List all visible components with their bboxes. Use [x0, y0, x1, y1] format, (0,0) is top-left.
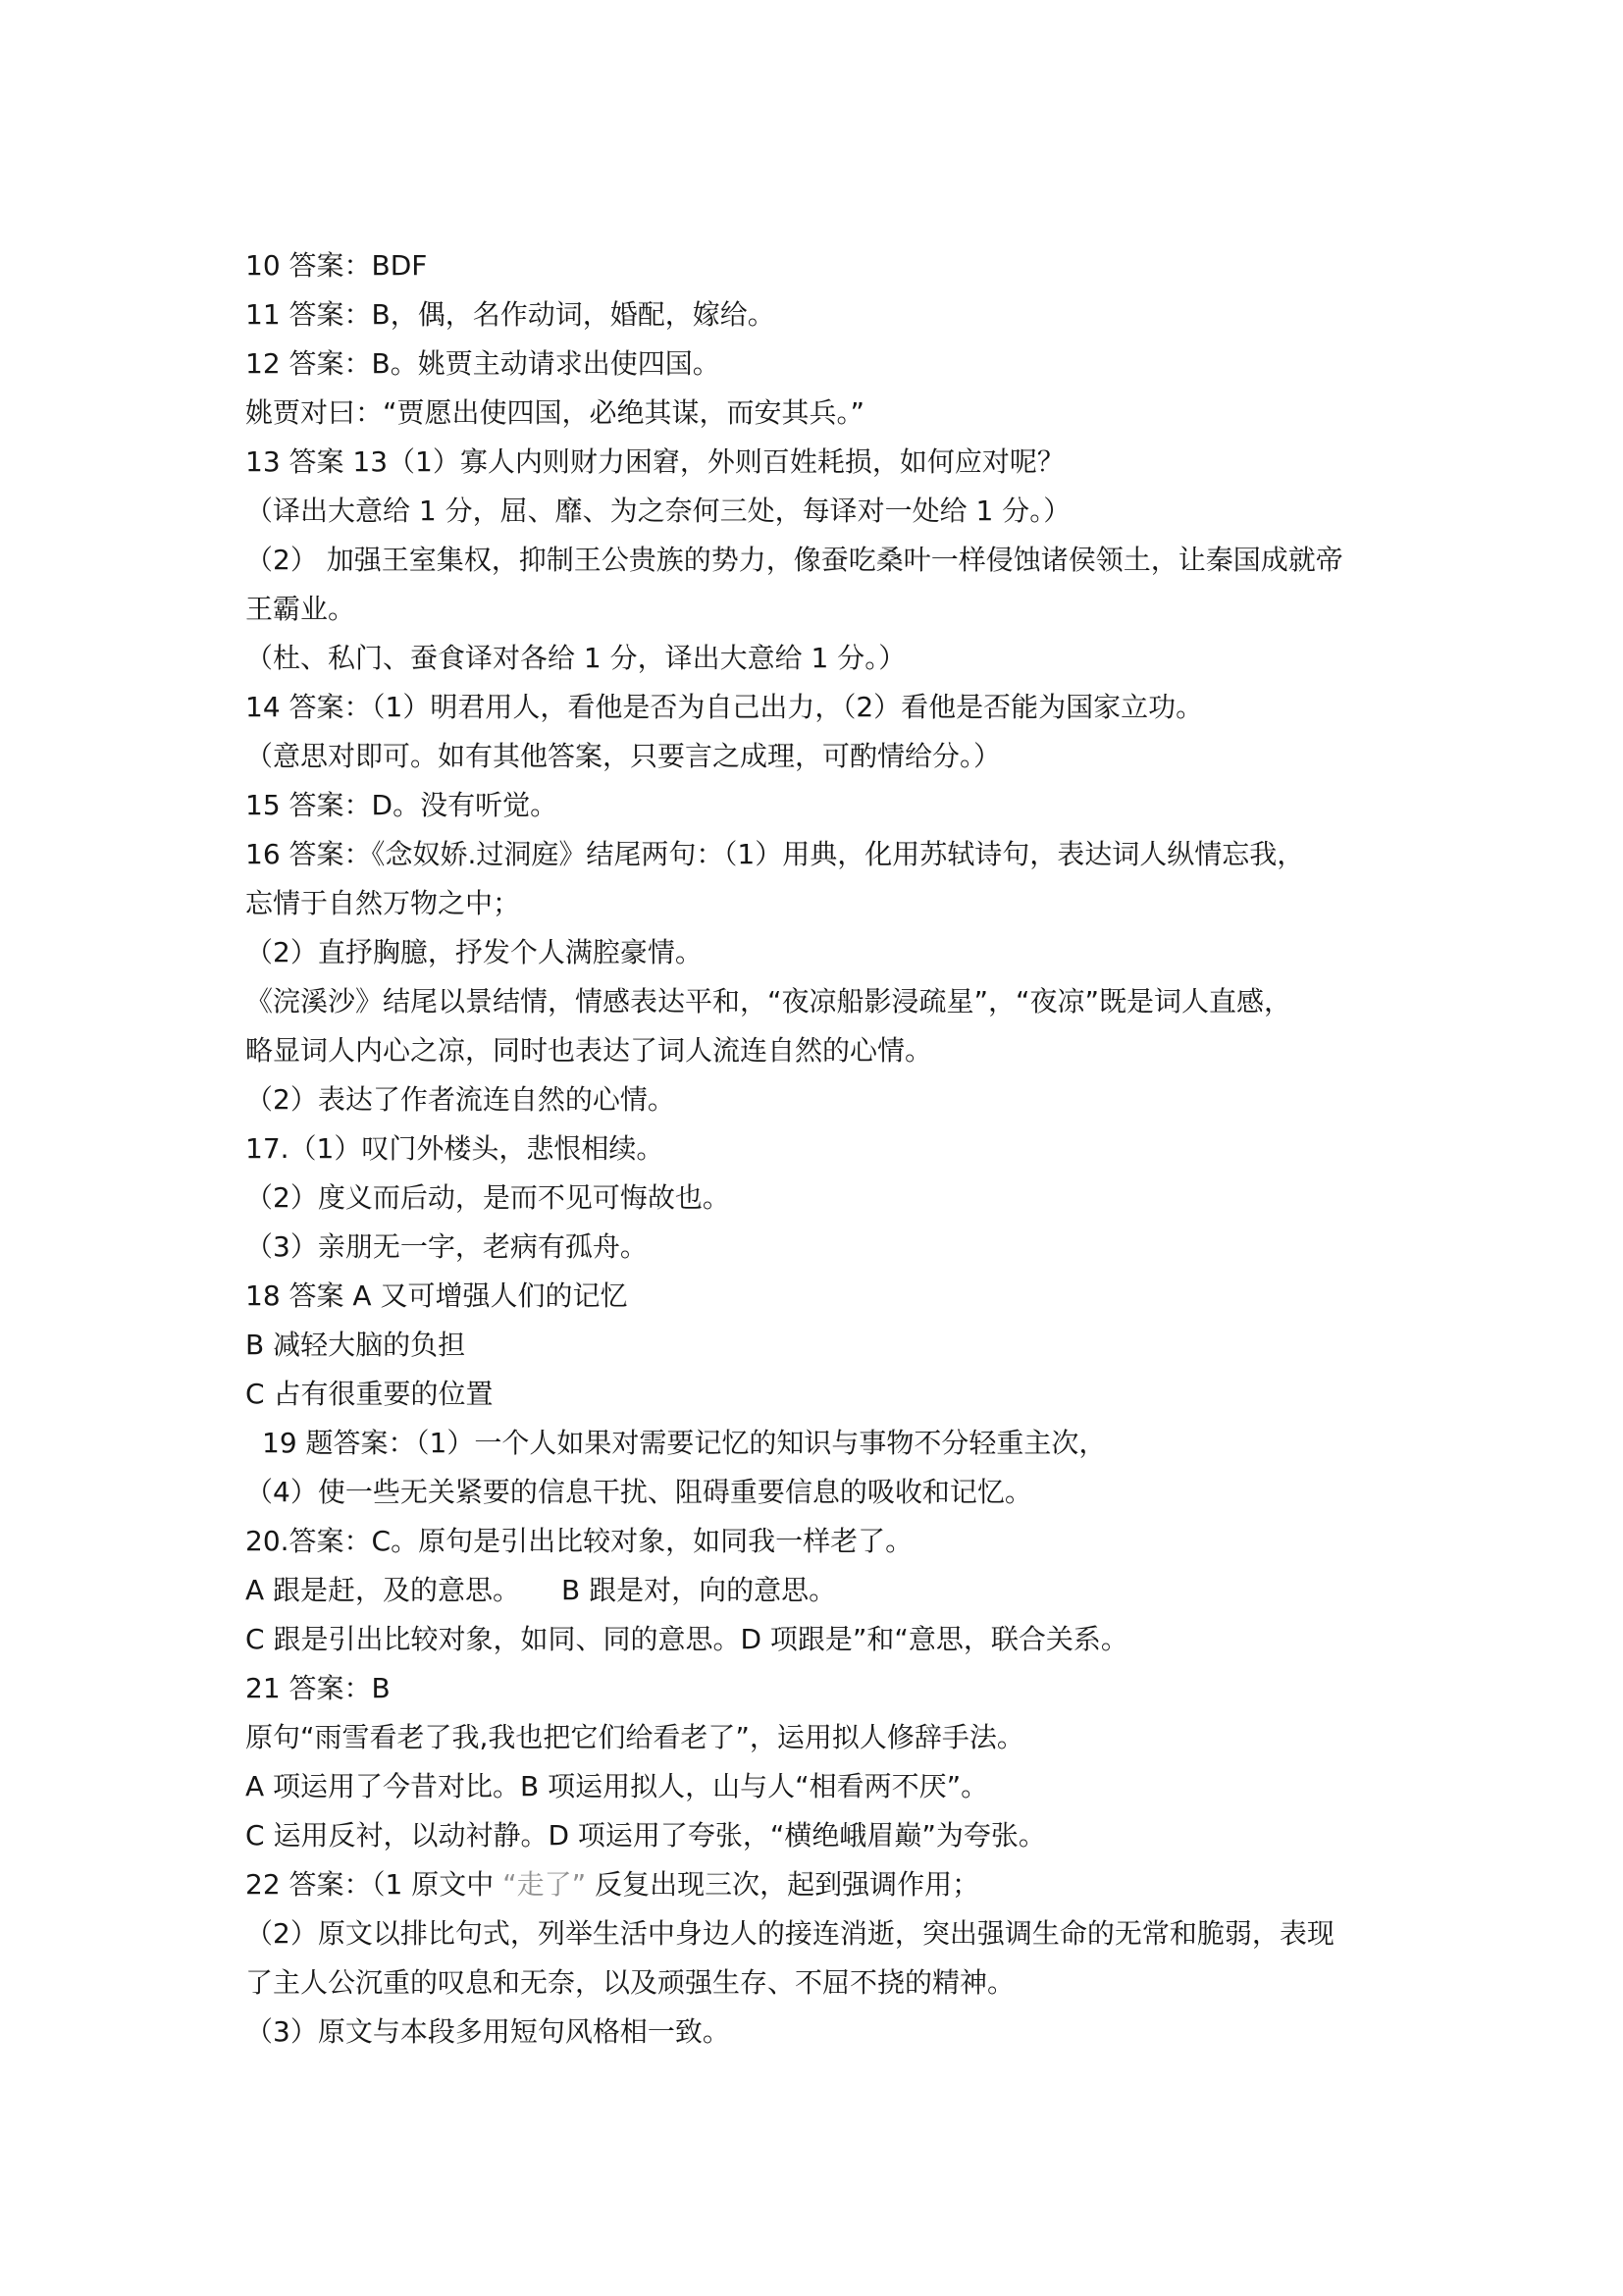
document-page: 10 答案：BDF11 答案：B，偶，名作动词，婚配，嫁给。12 答案：B。姚贾… [0, 0, 1623, 2296]
document-line: B 减轻大脑的负担 [245, 1321, 1521, 1370]
document-line: 12 答案：B。姚贾主动请求出使四国。 [245, 339, 1521, 389]
document-line: 16 答案：《念奴娇.过洞庭》结尾两句：（1）用典，化用苏轼诗句，表达词人纵情忘… [245, 830, 1521, 879]
document-line: C 占有很重要的位置 [245, 1370, 1521, 1419]
document-line: 18 答案 A 又可增强人们的记忆 [245, 1272, 1521, 1321]
document-body: 10 答案：BDF11 答案：B，偶，名作动词，婚配，嫁给。12 答案：B。姚贾… [245, 241, 1521, 2057]
document-line: 忘情于自然万物之中； [245, 879, 1521, 928]
document-line: 21 答案：B [245, 1664, 1521, 1713]
document-line: 15 答案：D。没有听觉。 [245, 781, 1521, 830]
document-line: 14 答案：（1）明君用人，看他是否为自己出力，（2）看他是否能为国家立功。 [245, 683, 1521, 732]
document-line: （2）直抒胸臆，抒发个人满腔豪情。 [245, 928, 1521, 977]
document-line: 姚贾对曰：“贾愿出使四国，必绝其谋，而安其兵。” [245, 389, 1521, 438]
document-line: 了主人公沉重的叹息和无奈，以及顽强生存、不屈不挠的精神。 [245, 1958, 1521, 2008]
muted-quoted-term: “走了” [502, 1868, 586, 1901]
document-line: （2） 加强王室集权，抑制王公贵族的势力，像蚕吃桑叶一样侵蚀诸侯领土，让秦国成就… [245, 536, 1521, 585]
document-line: （2）度义而后动，是而不见可悔故也。 [245, 1174, 1521, 1223]
document-line: 11 答案：B，偶，名作动词，婚配，嫁给。 [245, 290, 1521, 339]
document-line: C 运用反衬，以动衬静。D 项运用了夸张，“横绝峨眉巅”为夸张。 [245, 1811, 1521, 1860]
document-line: 20.答案：C。原句是引出比较对象，如同我一样老了。 [245, 1517, 1521, 1566]
document-line: A 项运用了今昔对比。B 项运用拟人，山与人“相看两不厌”。 [245, 1762, 1521, 1811]
document-line: 13 答案 13（1）寡人内则财力困窘，外则百姓耗损，如何应对呢？ [245, 438, 1521, 487]
document-line: （3）原文与本段多用短句风格相一致。 [245, 2008, 1521, 2057]
document-line: 《浣溪沙》结尾以景结情，情感表达平和，“夜凉船影浸疏星”，“夜凉”既是词人直感， [245, 977, 1521, 1026]
document-line: C 跟是引出比较对象，如同、同的意思。D 项跟是”和“意思，联合关系。 [245, 1615, 1521, 1664]
document-line: （2）原文以排比句式，列举生活中身边人的接连消逝，突出强调生命的无常和脆弱，表现 [245, 1909, 1521, 1958]
document-line: （4）使一些无关紧要的信息干扰、阻碍重要信息的吸收和记忆。 [245, 1468, 1521, 1517]
document-line: 19 题答案：（1）一个人如果对需要记忆的知识与事物不分轻重主次， [245, 1419, 1521, 1468]
document-line: A 跟是赶，及的意思。 B 跟是对，向的意思。 [245, 1566, 1521, 1615]
document-line: 22 答案：（1 原文中 “走了” 反复出现三次，起到强调作用； [245, 1860, 1521, 1909]
document-line: 王霸业。 [245, 585, 1521, 634]
document-line: （译出大意给 1 分，屈、靡、为之奈何三处，每译对一处给 1 分。） [245, 487, 1521, 536]
document-line: 略显词人内心之凉，同时也表达了词人流连自然的心情。 [245, 1026, 1521, 1075]
document-line: 17.（1）叹门外楼头，悲恨相续。 [245, 1124, 1521, 1174]
document-line: （意思对即可。如有其他答案，只要言之成理，可酌情给分。） [245, 732, 1521, 781]
document-line: 原句“雨雪看老了我,我也把它们给看老了”，运用拟人修辞手法。 [245, 1713, 1521, 1762]
document-line: （3）亲朋无一字，老病有孤舟。 [245, 1223, 1521, 1272]
document-line: 10 答案：BDF [245, 241, 1521, 290]
document-line: （2）表达了作者流连自然的心情。 [245, 1075, 1521, 1124]
document-line: （杜、私门、蚕食译对各给 1 分，译出大意给 1 分。） [245, 634, 1521, 683]
